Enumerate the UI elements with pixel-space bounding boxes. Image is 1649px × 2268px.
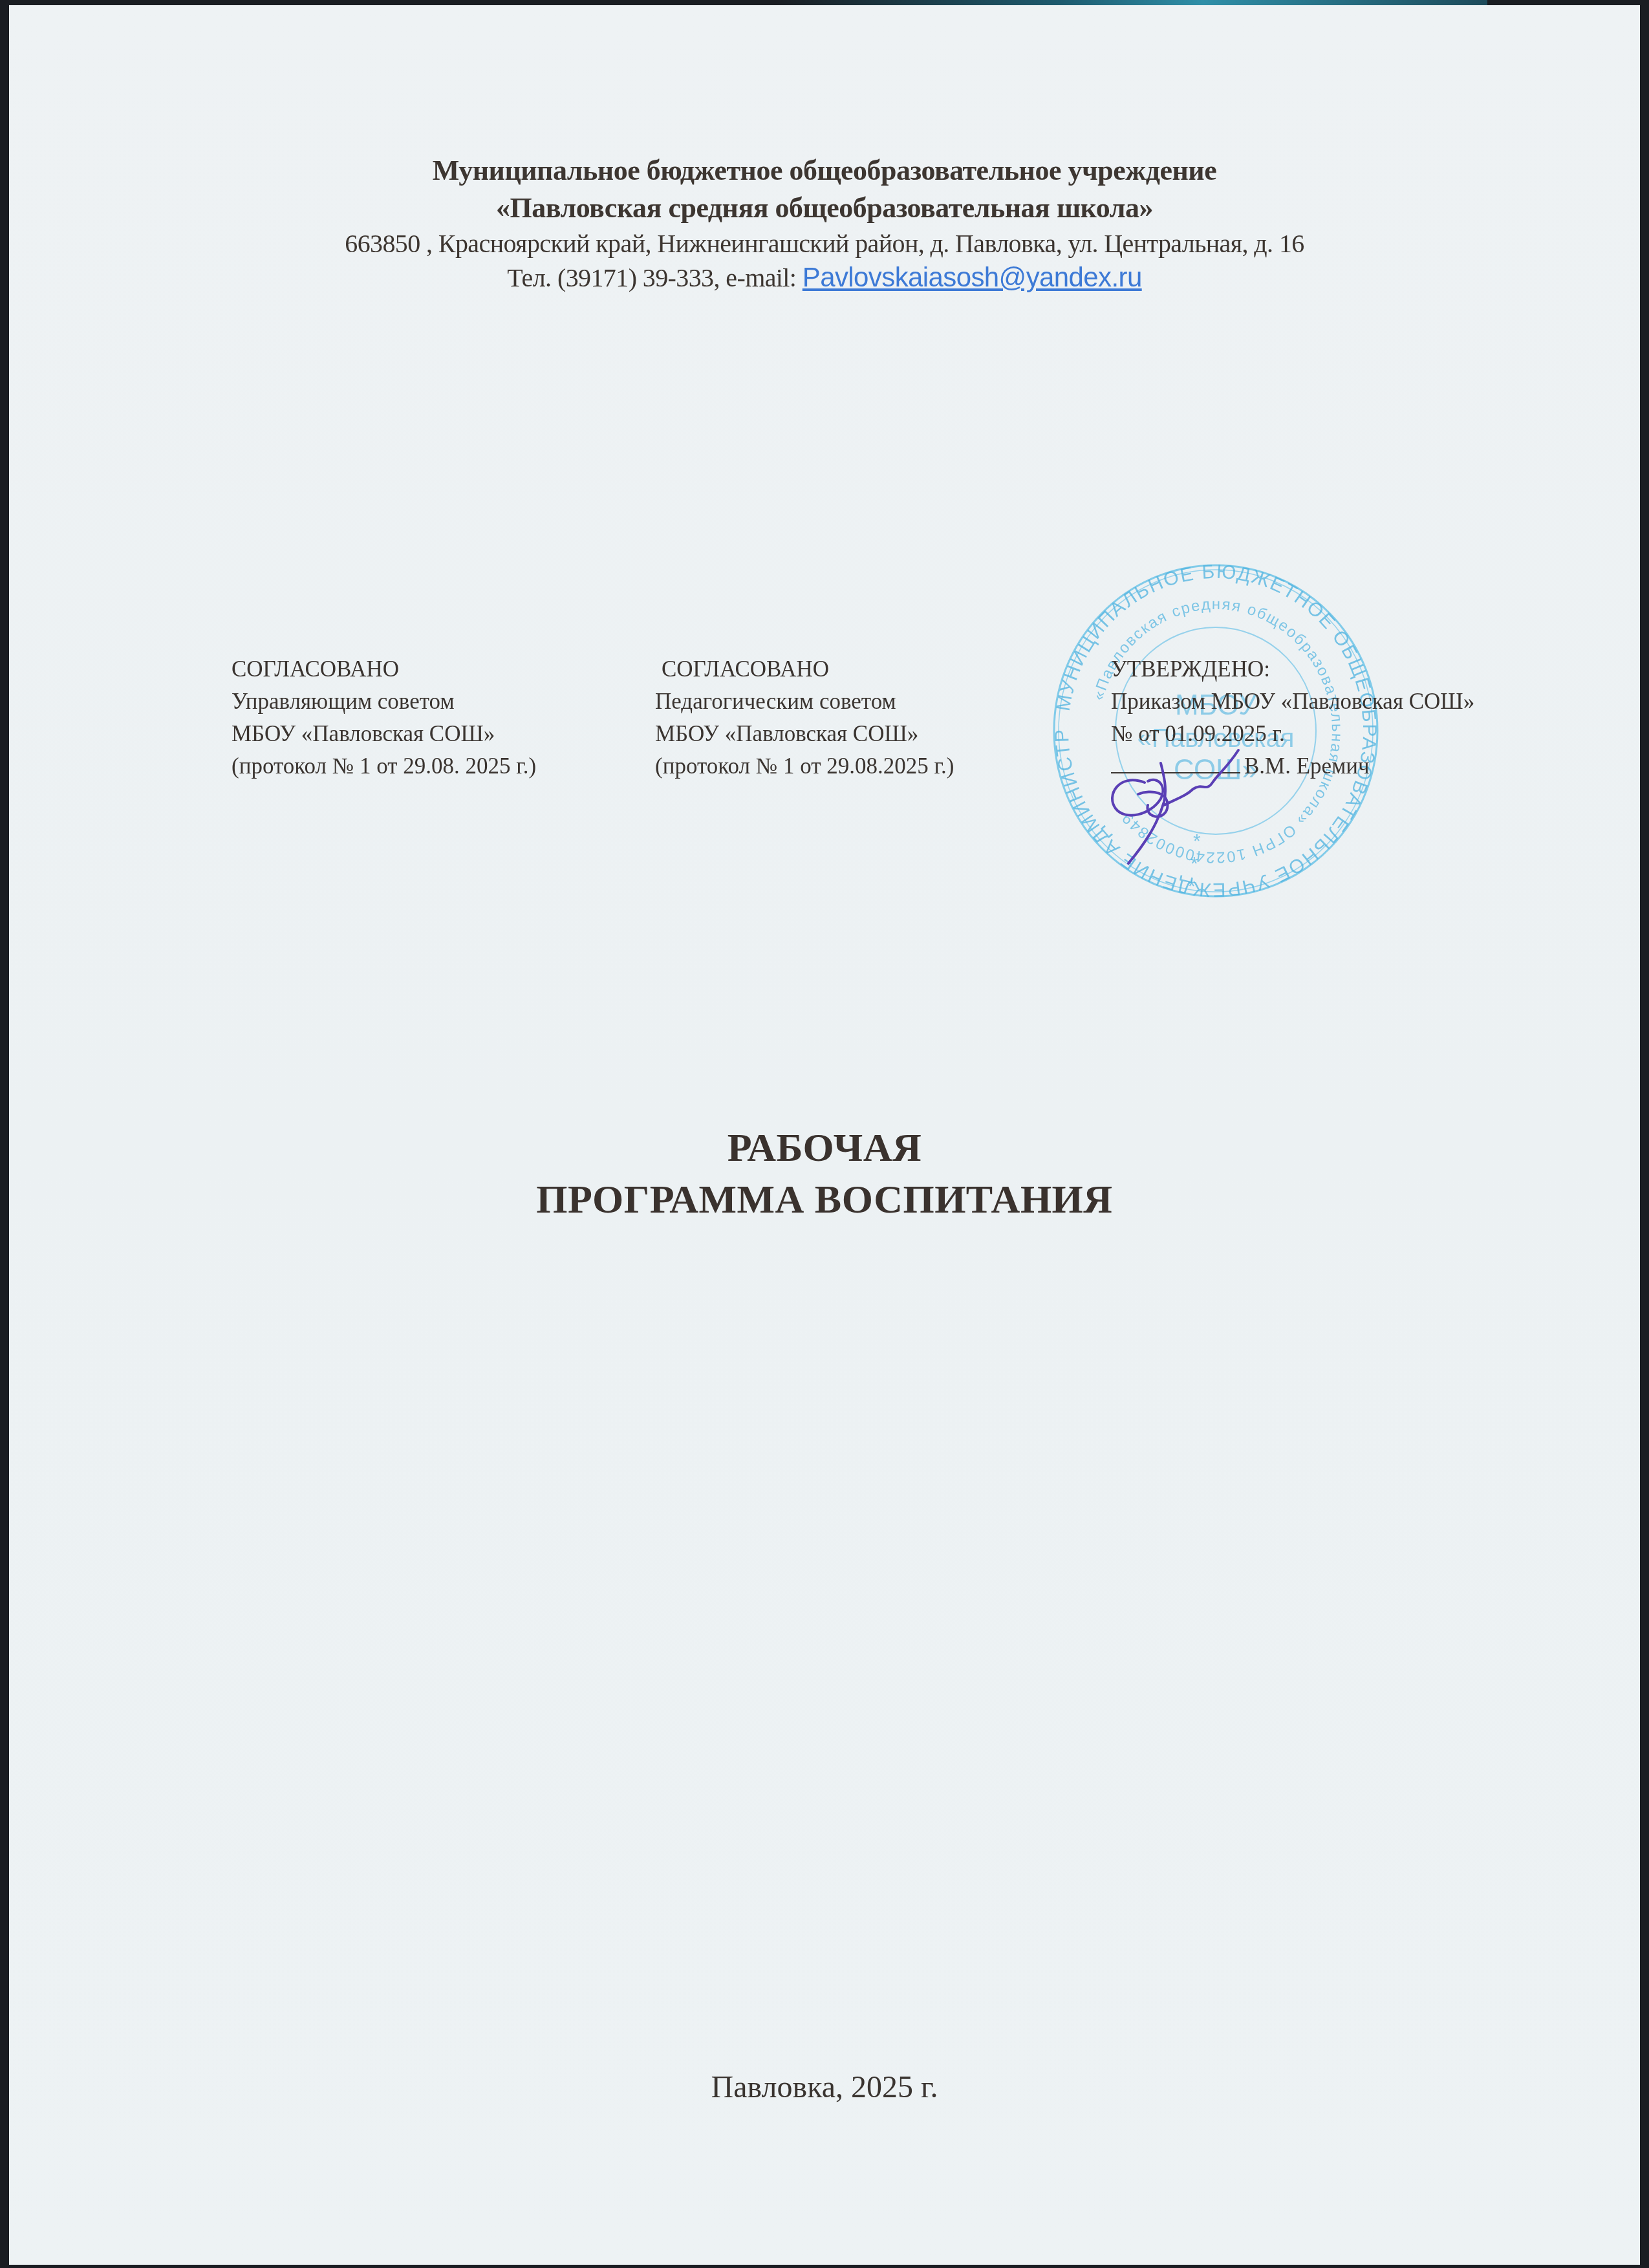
place-and-year: Павловка, 2025 г. [0, 2069, 1649, 2105]
school-name: «Павловская средняя общеобразовательная … [0, 189, 1649, 227]
scan-edge-strip [776, 0, 1487, 5]
school-contacts: Тел. (39171) 39-333, e-mail: Pavlovskaia… [0, 261, 1649, 295]
approval-section: СОГЛАСОВАНО Управляющим советом МБОУ «Па… [0, 653, 1649, 795]
approval-heading: СОГЛАСОВАНО [655, 653, 954, 686]
approval-body-line: МБОУ «Павловская СОШ» [655, 718, 954, 750]
approval-body-line: МБОУ «Павловская СОШ» [232, 718, 536, 750]
approval-body-line: Педагогическим советом [655, 686, 954, 718]
document-title: РАБОЧАЯ ПРОГРАММА ВОСПИТАНИЯ [0, 1122, 1649, 1226]
approval-heading: СОГЛАСОВАНО [232, 653, 536, 686]
approval-director-order: УТВЕРЖДЕНО: Приказом МБОУ «Павловская СО… [1111, 653, 1474, 783]
signature-row: В.М. Еремич [1111, 750, 1474, 783]
approval-protocol: (протокол № 1 от 29.08.2025 г.) [655, 750, 954, 783]
document-header: Муниципальное бюджетное общеобразователь… [0, 152, 1649, 295]
approval-protocol: (протокол № 1 от 29.08. 2025 г.) [232, 750, 536, 783]
approval-body-line: Приказом МБОУ «Павловская СОШ» [1111, 686, 1474, 718]
organization-name: Муниципальное бюджетное общеобразователь… [0, 152, 1649, 189]
email-link[interactable]: Pavlovskaiasosh@yandex.ru [803, 262, 1142, 292]
approval-heading: УТВЕРЖДЕНО: [1111, 653, 1474, 686]
title-line-2: ПРОГРАММА ВОСПИТАНИЯ [0, 1174, 1649, 1226]
approval-order-number: № от 01.09.2025 г. [1111, 718, 1474, 750]
approval-governing-council: СОГЛАСОВАНО Управляющим советом МБОУ «Па… [232, 653, 536, 783]
signatory-name: В.М. Еремич [1244, 753, 1370, 779]
school-address: 663850 , Красноярский край, Нижнеингашск… [0, 227, 1649, 261]
signature-line [1111, 750, 1240, 773]
approval-body-line: Управляющим советом [232, 686, 536, 718]
title-line-1: РАБОЧАЯ [0, 1122, 1649, 1174]
approval-pedagogical-council: СОГЛАСОВАНО Педагогическим советом МБОУ … [655, 653, 954, 783]
phone-text: Тел. (39171) 39-333, e-mail: [507, 263, 802, 292]
